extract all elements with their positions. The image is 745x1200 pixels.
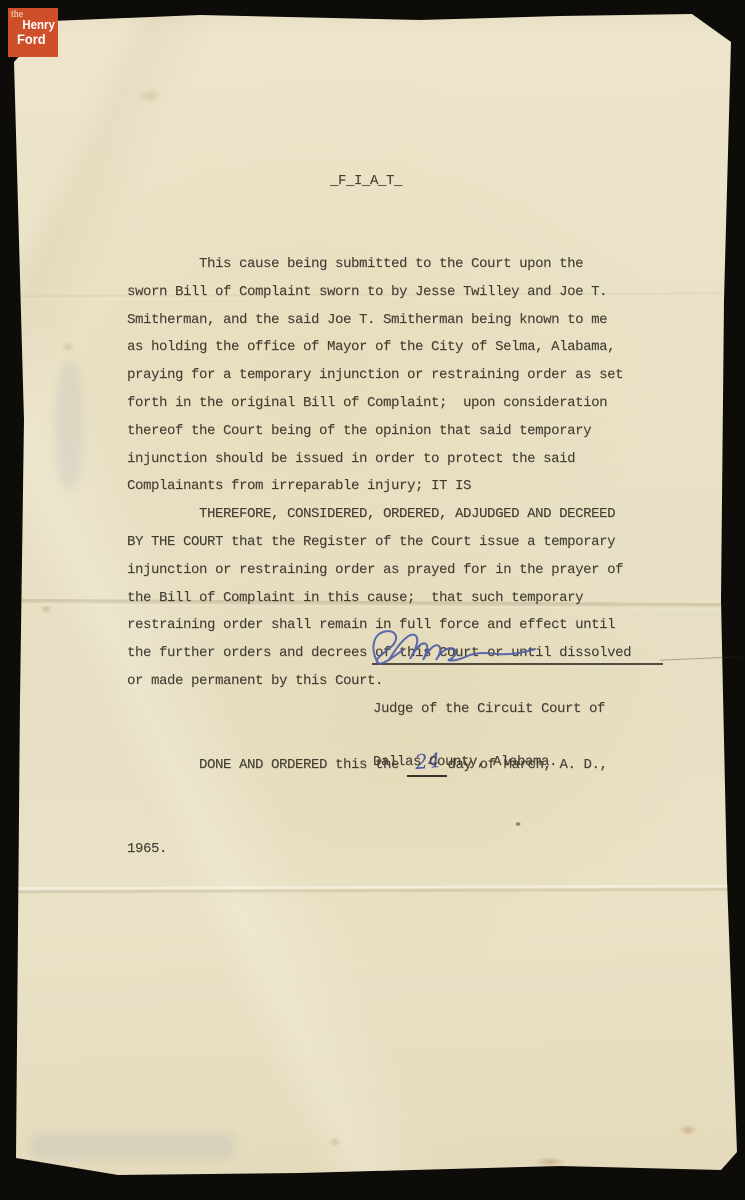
year-line: 1965. (127, 836, 679, 864)
ink-bleed-ghost-bottom (30, 1133, 235, 1159)
judge-title-line1: Judge of the Circuit Court of (373, 701, 605, 719)
scan-stage: the Henry Ford _F_I_A_T_ This cause bein… (0, 0, 745, 1200)
done-line-prefix: DONE AND ORDERED this the (127, 757, 407, 773)
fiat-title: _F_I_A_T_ (330, 168, 679, 196)
logo-word-ford: Ford (17, 31, 46, 47)
judge-title-block: Judge of the Circuit Court of Dallas Cou… (373, 666, 605, 806)
henry-ford-logo: the Henry Ford (8, 8, 58, 57)
judge-title-line2: Dallas County, Alabama. (373, 754, 605, 772)
ink-bleed-ghost-margin (55, 362, 83, 490)
logo-word-henry: Henry (23, 17, 55, 32)
logo-word-the: the (11, 9, 23, 20)
judge-signature-script (365, 624, 550, 674)
